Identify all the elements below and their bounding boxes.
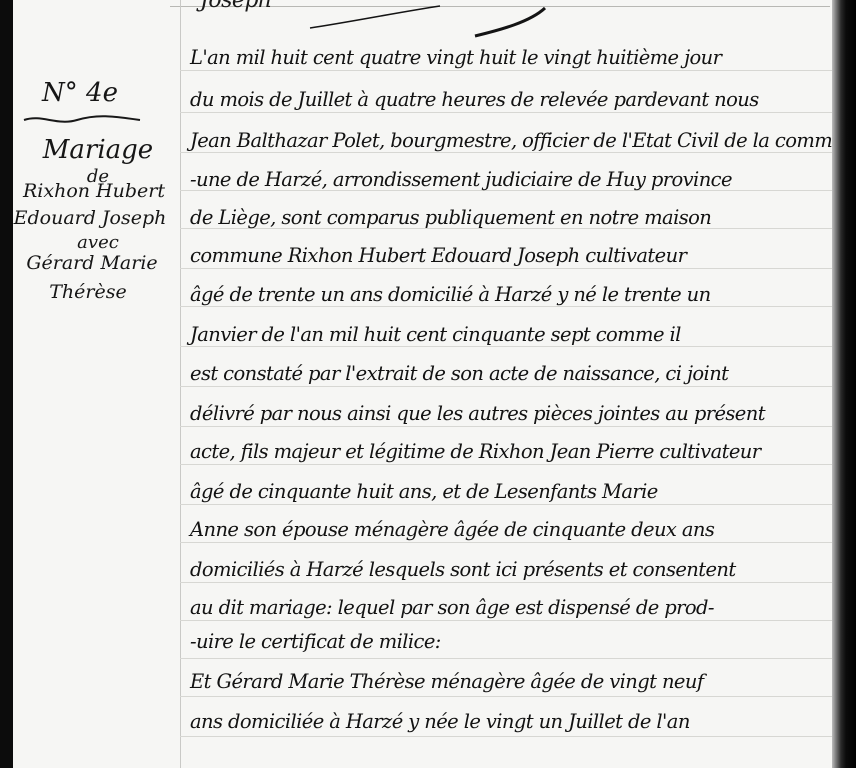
ruling-line <box>180 504 832 505</box>
margin-bride-name-1: Gérard Marie <box>12 252 172 274</box>
margin-bride-name-2: Thérèse <box>8 281 168 303</box>
ruling-line <box>180 696 832 697</box>
body-line: Et Gérard Marie Thérèse ménagère âgée de… <box>190 672 830 692</box>
margin-groom-name-2: Edouard Joseph <box>10 207 170 229</box>
decorative-underline <box>22 112 142 128</box>
signature-flourish <box>240 0 640 40</box>
ruling-line <box>180 306 832 307</box>
body-line: domiciliés à Harzé lesquels sont ici pré… <box>190 560 830 580</box>
ruling-line <box>180 658 832 659</box>
body-line: -une de Harzé, arrondissement judiciaire… <box>190 170 830 190</box>
ruling-line <box>180 386 832 387</box>
ruling-line <box>180 70 832 71</box>
ruling-line <box>180 464 832 465</box>
ruling-line <box>180 346 832 347</box>
body-line: acte, fils majeur et légitime de Rixhon … <box>190 442 830 462</box>
margin-line <box>180 0 181 768</box>
ruling-line <box>180 620 832 621</box>
body-line: ans domiciliée à Harzé y née le vingt un… <box>190 712 830 732</box>
body-line: est constaté par l'extrait de son acte d… <box>190 364 830 384</box>
body-line: au dit mariage: lequel par son âge est d… <box>190 598 830 618</box>
body-line: commune Rixhon Hubert Edouard Joseph cul… <box>190 246 830 266</box>
ruling-line <box>180 152 832 153</box>
body-line: Anne son épouse ménagère âgée de cinquan… <box>190 520 830 540</box>
ruling-line <box>180 582 832 583</box>
margin-avec: avec <box>18 232 178 253</box>
act-number: N° 4e <box>30 78 130 108</box>
ruling-line <box>180 736 832 737</box>
body-line: -uire le certificat de milice: <box>190 632 830 652</box>
body-line: Janvier de l'an mil huit cent cinquante … <box>190 325 830 345</box>
ruling-line <box>180 426 832 427</box>
body-line: du mois de Juillet à quatre heures de re… <box>190 90 830 110</box>
scan-left-edge <box>0 0 13 768</box>
book-binding-edge <box>832 0 856 768</box>
ruling-line <box>180 268 832 269</box>
ruling-line <box>180 112 832 113</box>
margin-groom-name-1: Rixhon Hubert <box>14 180 174 202</box>
body-line: âgé de cinquante huit ans, et de Lesenfa… <box>190 482 830 502</box>
margin-title: Mariage <box>18 135 178 165</box>
body-line: Jean Balthazar Polet, bourgmestre, offic… <box>190 131 830 151</box>
body-line: de Liège, sont comparus publiquement en … <box>190 208 830 228</box>
body-line: délivré par nous ainsi que les autres pi… <box>190 404 830 424</box>
body-line: âgé de trente un ans domicilié à Harzé y… <box>190 285 830 305</box>
body-line: L'an mil huit cent quatre vingt huit le … <box>190 48 830 68</box>
ruling-line <box>180 542 832 543</box>
